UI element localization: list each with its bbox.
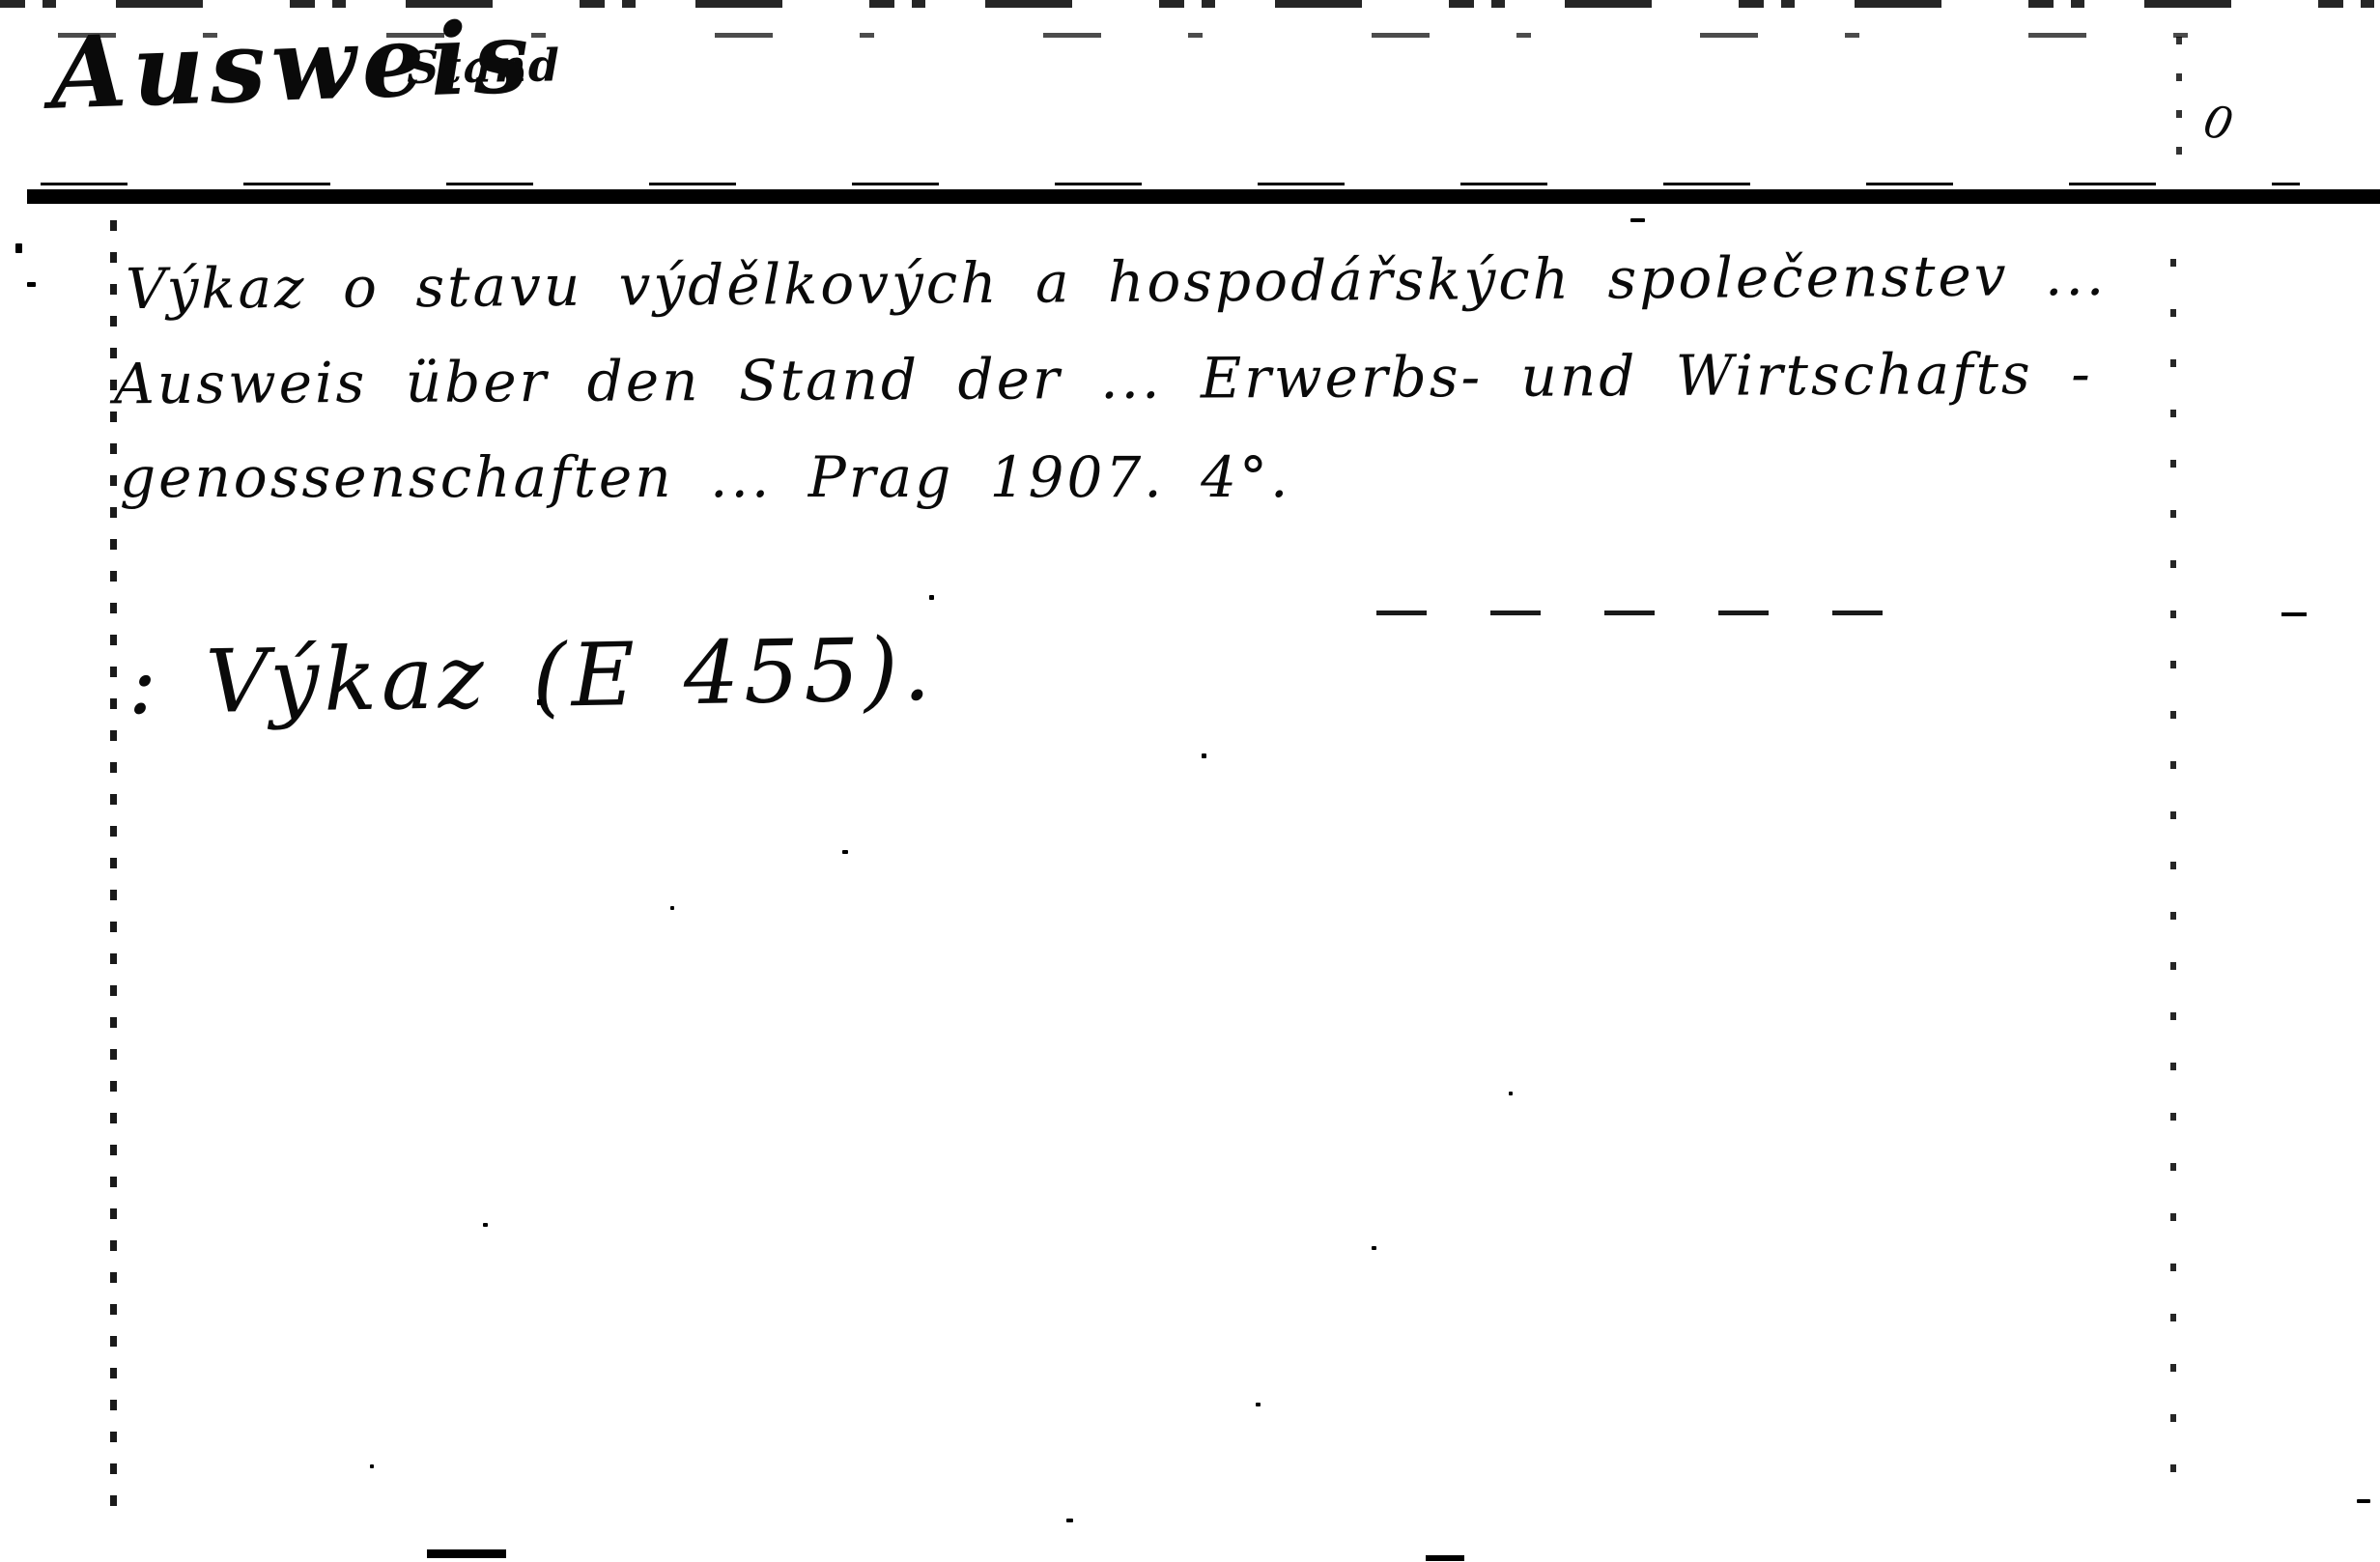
right-dotted-border: [2170, 259, 2176, 1507]
speck: [1509, 1092, 1513, 1095]
scan-noise-bottom-dash: [427, 1549, 506, 1558]
speck: [537, 699, 542, 705]
speck: [483, 1223, 488, 1227]
speck: [370, 1464, 374, 1468]
card-subtitle: - Stand: [369, 39, 562, 94]
speck: [15, 243, 22, 253]
pencil-dash-marks: [1376, 611, 1932, 615]
speck: [1372, 1246, 1376, 1250]
speck: [1066, 1519, 1073, 1522]
speck: [1256, 1403, 1261, 1406]
body-line-german-title: Ausweis über den Stand der ... Erwerbs- …: [114, 341, 2093, 417]
corner-mark: 0: [2199, 95, 2238, 152]
right-dotted-border-top-segment: [2176, 37, 2182, 162]
speck: [27, 282, 36, 287]
scanned-catalog-card-page: { "card": { "header": { "title": "Auswei…: [0, 0, 2380, 1562]
speck: [2357, 1499, 2370, 1503]
scan-noise-bottom-dash: [1426, 1555, 1464, 1561]
pencil-dash-mark-far-right: [2281, 612, 2307, 616]
body-line-imprint: genossenschaften ... Prag 1907. 4°.: [120, 444, 1290, 510]
speck: [1202, 753, 1206, 758]
speck: [1630, 218, 1645, 222]
body-line-czech-title: Výkaz o stavu výdělkových a hospodářskýc…: [126, 242, 2108, 322]
header-rule: [27, 189, 2380, 204]
speck: [670, 906, 674, 910]
speck: [929, 595, 934, 600]
reference-line: : Výkaz (E 455).: [127, 619, 936, 735]
speck: [842, 850, 848, 854]
